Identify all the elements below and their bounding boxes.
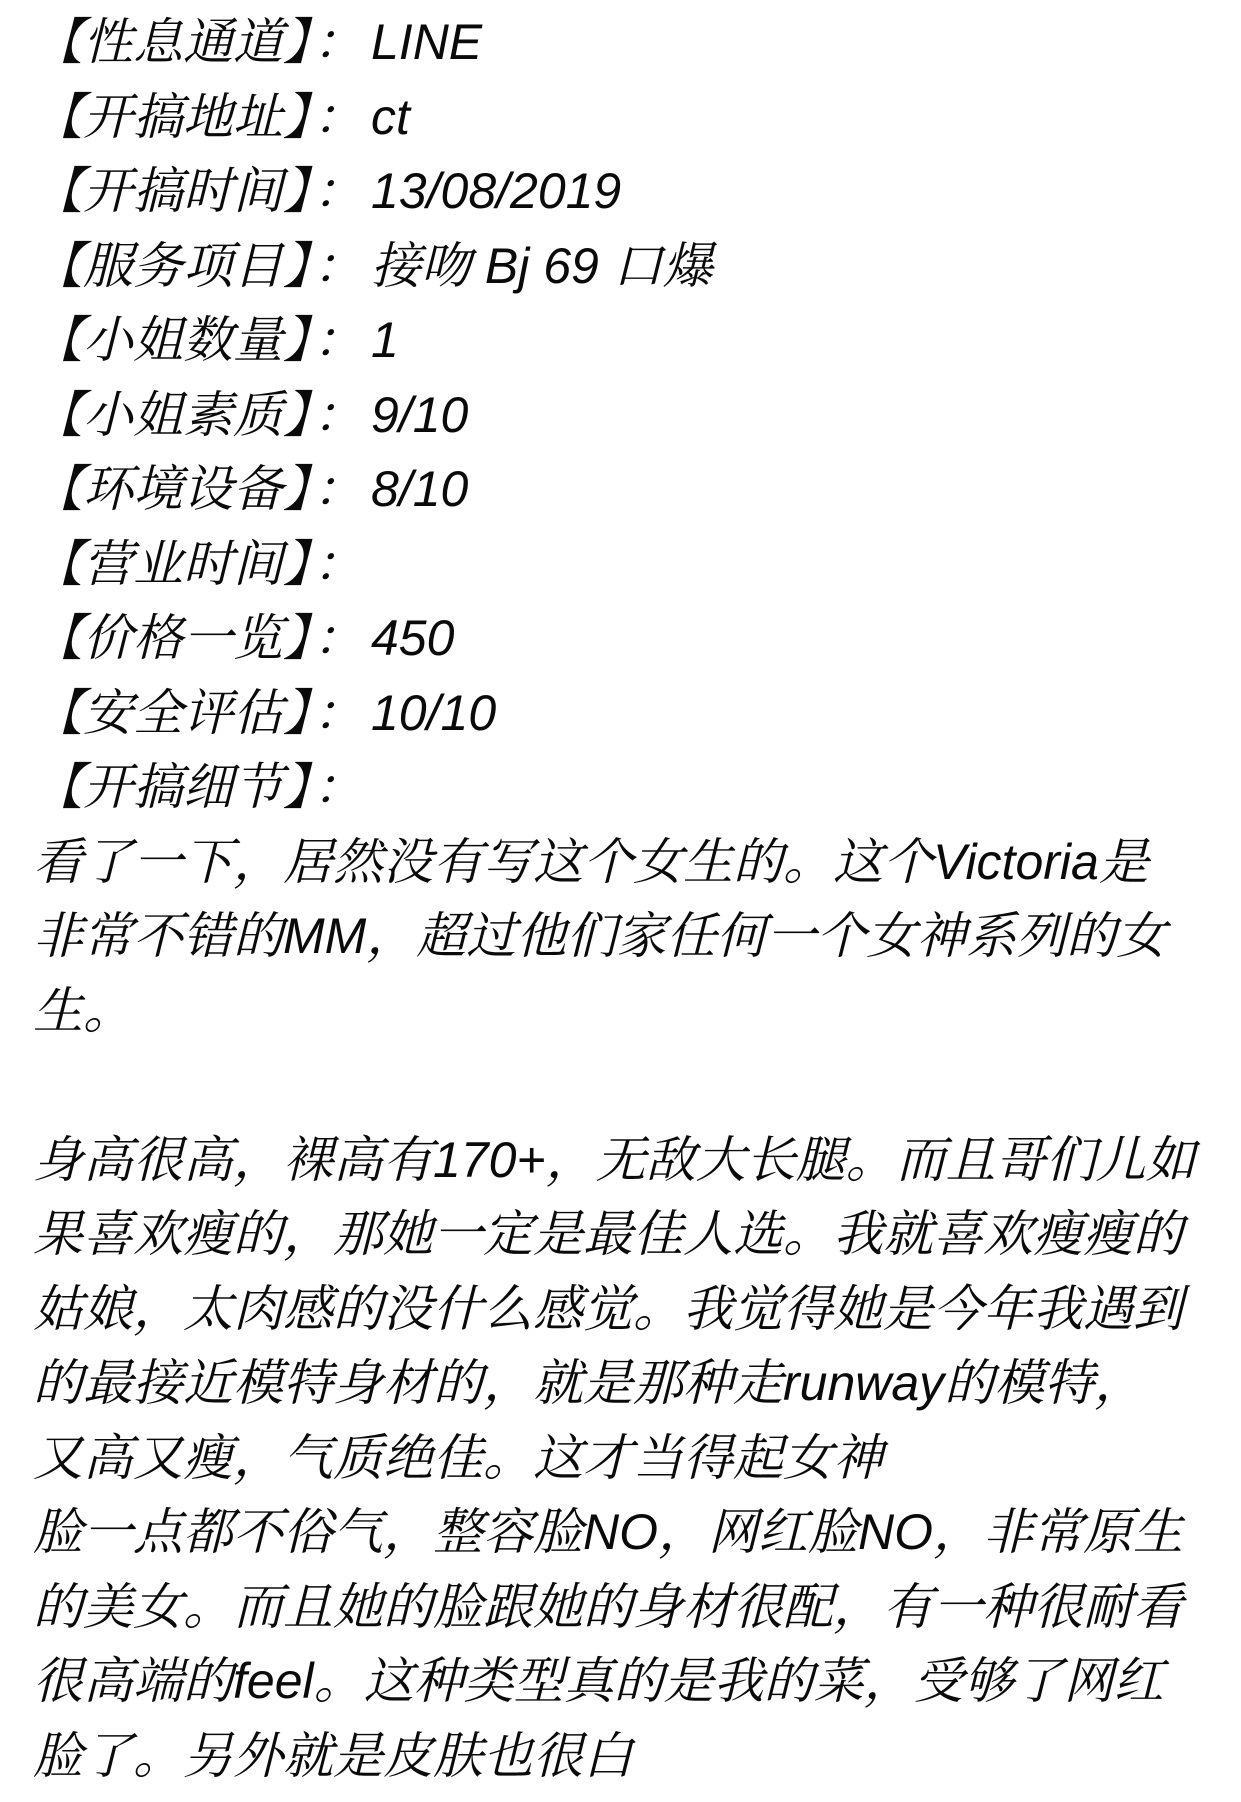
field-row-price: 【价格一览】：450 <box>33 601 1221 676</box>
field-label: 【开搞地址】 <box>33 89 308 145</box>
field-row-count: 【小姐数量】：1 <box>33 303 1221 378</box>
field-row-hours: 【营业时间】： <box>33 527 1221 602</box>
field-label: 【环境设备】 <box>33 461 308 517</box>
detail-line: 身高很高，裸高有170+，无敌大长腿。而且哥们儿如 <box>33 1123 1221 1198</box>
field-separator: ： <box>313 238 363 294</box>
detail-line: 生。 <box>33 974 1221 1049</box>
field-separator: ： <box>313 387 363 443</box>
field-separator: ： <box>313 759 363 815</box>
field-row-address: 【开搞地址】：ct <box>33 80 1221 155</box>
field-row-details: 【开搞细节】： <box>33 750 1221 825</box>
field-row-date: 【开搞时间】：13/08/2019 <box>33 154 1221 229</box>
detail-line: 脸了。另外就是皮肤也很白 <box>33 1719 1221 1794</box>
detail-line: 又高又瘦，气质绝佳。这才当得起女神 <box>33 1421 1221 1496</box>
field-label: 【开搞时间】 <box>33 163 308 219</box>
field-row-services: 【服务项目】：接吻 Bj 69 口爆 <box>33 229 1221 304</box>
field-label: 【性息通道】 <box>33 14 308 70</box>
field-label: 【小姐数量】 <box>33 312 308 368</box>
field-separator: ： <box>313 14 363 70</box>
detail-line: 非常不错的MM，超过他们家任何一个女神系列的女 <box>33 899 1221 974</box>
field-row-environment: 【环境设备】：8/10 <box>33 452 1221 527</box>
field-label: 【营业时间】 <box>33 536 308 592</box>
field-separator: ： <box>313 685 363 741</box>
field-value: 1 <box>371 312 399 368</box>
field-value: 接吻 Bj 69 口爆 <box>371 238 713 294</box>
field-value: ct <box>371 89 410 145</box>
detail-line: 很高端的feel。这种类型真的是我的菜，受够了网红 <box>33 1644 1221 1719</box>
detail-line-blank <box>33 1048 1221 1123</box>
field-value: 10/10 <box>371 685 496 741</box>
detail-line: 的最接近模特身材的，就是那种走runway的模特， <box>33 1346 1221 1421</box>
field-row-safety: 【安全评估】：10/10 <box>33 676 1221 751</box>
field-separator: ： <box>313 461 363 517</box>
field-separator: ： <box>313 536 363 592</box>
review-post: 【性息通道】：LINE 【开搞地址】：ct 【开搞时间】：13/08/2019 … <box>0 0 1241 1793</box>
field-value: 450 <box>371 610 454 666</box>
field-separator: ： <box>313 610 363 666</box>
field-value: 8/10 <box>371 461 468 517</box>
detail-line: 脸一点都不俗气，整容脸NO，网红脸NO，非常原生 <box>33 1495 1221 1570</box>
field-separator: ： <box>313 89 363 145</box>
field-separator: ： <box>313 163 363 219</box>
field-label: 【安全评估】 <box>33 685 308 741</box>
field-label: 【价格一览】 <box>33 610 308 666</box>
field-row-channel: 【性息通道】：LINE <box>33 5 1221 80</box>
field-row-quality: 【小姐素质】：9/10 <box>33 378 1221 453</box>
field-value: 9/10 <box>371 387 468 443</box>
field-label: 【小姐素质】 <box>33 387 308 443</box>
field-value: 13/08/2019 <box>371 163 621 219</box>
detail-line: 的美女。而且她的脸跟她的身材很配，有一种很耐看 <box>33 1570 1221 1645</box>
detail-line: 看了一下，居然没有写这个女生的。这个Victoria是 <box>33 825 1221 900</box>
field-separator: ： <box>313 312 363 368</box>
field-label: 【服务项目】 <box>33 238 308 294</box>
field-label: 【开搞细节】 <box>33 759 308 815</box>
detail-line: 果喜欢瘦的，那她一定是最佳人选。我就喜欢瘦瘦的 <box>33 1197 1221 1272</box>
field-value: LINE <box>371 14 482 70</box>
detail-line: 姑娘，太肉感的没什么感觉。我觉得她是今年我遇到 <box>33 1272 1221 1347</box>
